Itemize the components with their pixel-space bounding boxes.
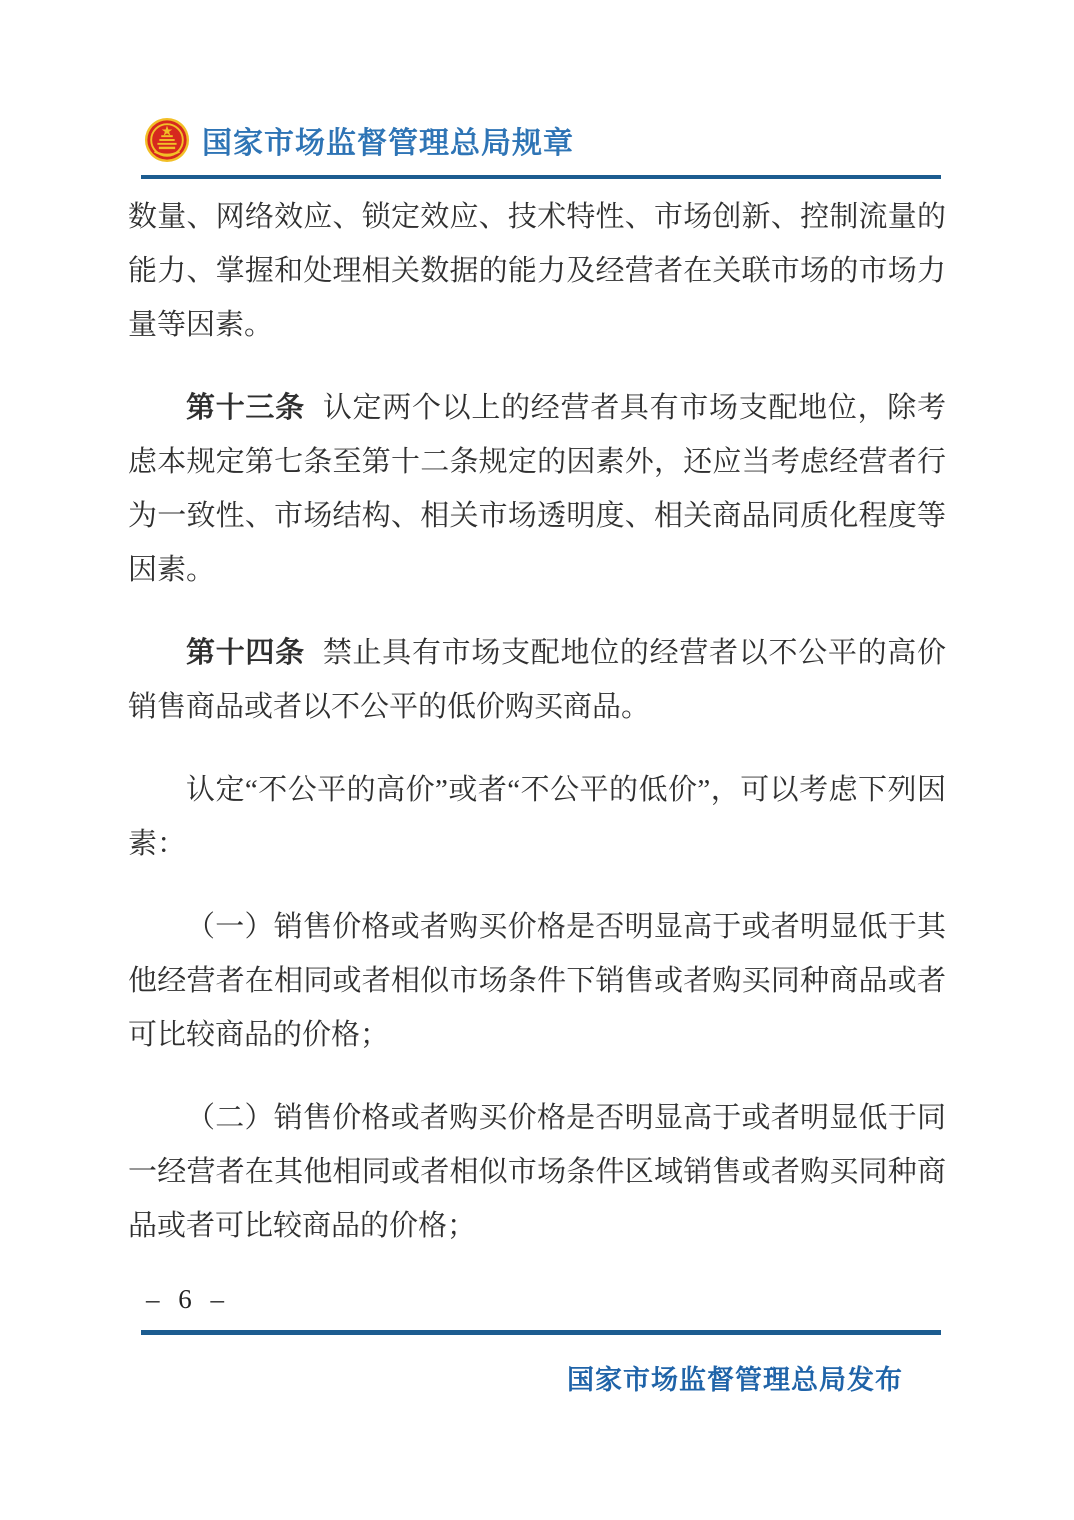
item-2-text: （二）销售价格或者购买价格是否明显高于或者明显低于同一经营者在其他相同或者相似市… (128, 1102, 946, 1242)
document-header: 国家市场监督管理总局规章 (144, 114, 574, 166)
item-1-text: （一）销售价格或者购买价格是否明显高于或者明显低于其他经营者在相同或者相似市场条… (128, 911, 946, 1051)
footer-divider-line (141, 1330, 941, 1335)
paragraph-item-2: （二）销售价格或者购买价格是否明显高于或者明显低于同一经营者在其他相同或者相似市… (128, 1091, 946, 1253)
footer-publisher: 国家市场监督管理总局发布 (141, 1358, 941, 1397)
paragraph-item-1: （一）销售价格或者购买价格是否明显高于或者明显低于其他经营者在相同或者相似市场条… (128, 900, 946, 1062)
article-14-label: 第十四条 (186, 637, 305, 669)
paragraph-article-13: 第十三条认定两个以上的经营者具有市场支配地位，除考虑本规定第七条至第十二条规定的… (128, 381, 946, 597)
article-13-label: 第十三条 (186, 392, 305, 424)
paragraph-factors-intro: 认定“不公平的高价”或者“不公平的低价”，可以考虑下列因素： (128, 763, 946, 871)
header-title: 国家市场监督管理总局规章 (202, 118, 574, 162)
page-number: – 6 – (146, 1284, 230, 1315)
document-body: 数量、网络效应、锁定效应、技术特性、市场创新、控制流量的能力、掌握和处理相关数据… (128, 190, 946, 1282)
paragraph-article-14: 第十四条禁止具有市场支配地位的经营者以不公平的高价销售商品或者以不公平的低价购买… (128, 626, 946, 734)
header-divider-line (141, 175, 941, 179)
national-emblem-icon (144, 117, 190, 163)
document-page: 国家市场监督管理总局规章 数量、网络效应、锁定效应、技术特性、市场创新、控制流量… (0, 0, 1074, 1520)
paragraph-continuation-text: 数量、网络效应、锁定效应、技术特性、市场创新、控制流量的能力、掌握和处理相关数据… (128, 201, 946, 341)
paragraph-continuation: 数量、网络效应、锁定效应、技术特性、市场创新、控制流量的能力、掌握和处理相关数据… (128, 190, 946, 352)
factors-intro-text: 认定“不公平的高价”或者“不公平的低价”，可以考虑下列因素： (128, 774, 946, 860)
